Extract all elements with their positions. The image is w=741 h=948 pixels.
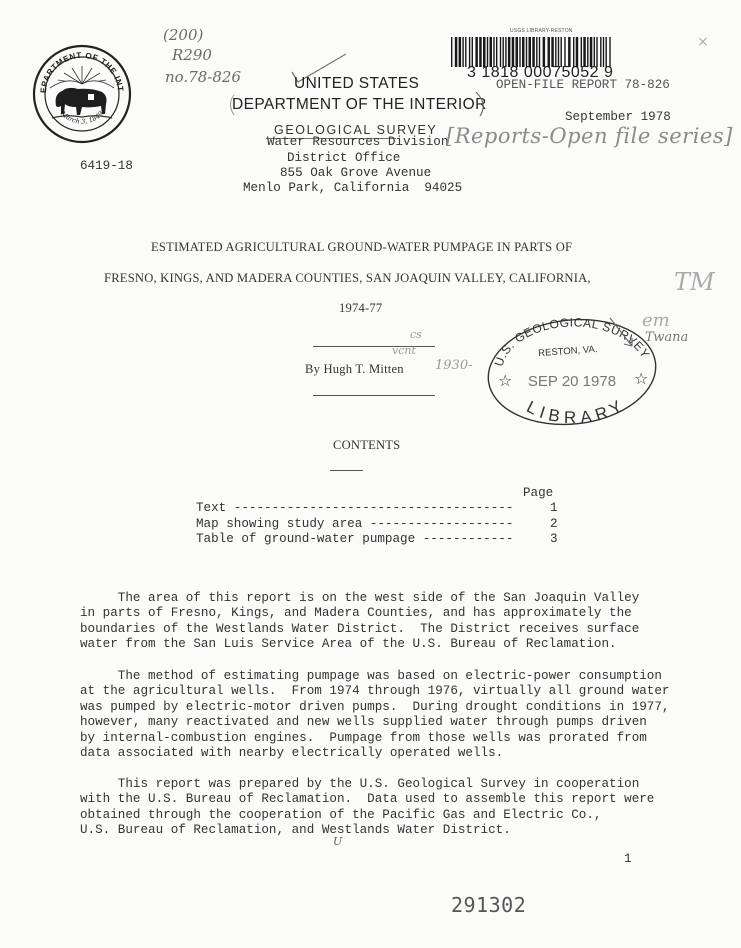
handwritten-arrow-icon — [608, 316, 638, 352]
toc-entry-label: Map showing study area -----------------… — [196, 517, 513, 533]
body-line: This report was prepared by the U.S. Geo… — [80, 777, 654, 792]
body-line: U.S. Bureau of Reclamation, and Westland… — [80, 823, 654, 838]
contents-heading: CONTENTS — [333, 438, 400, 453]
body-line: was pumped by electric-motor driven pump… — [80, 700, 669, 715]
body-paragraph-1: The area of this report is on the west s… — [80, 591, 639, 653]
report-title-line-3: 1974-77 — [339, 301, 382, 316]
agency-united-states: UNITED STATES — [294, 75, 419, 93]
report-number: OPEN-FILE REPORT 78-826 — [496, 78, 670, 94]
bison-seal-icon: U.S. DEPARTMENT OF THE INTERIOR March 3,… — [32, 44, 132, 144]
body-line: The method of estimating pumpage was bas… — [80, 669, 669, 684]
handwritten-tm: TM — [674, 268, 715, 296]
report-title-line-2: FRESNO, KINGS, AND MADERA COUNTIES, SAN … — [104, 271, 591, 286]
body-paragraph-2: The method of estimating pumpage was bas… — [80, 669, 669, 761]
office-name: District Office — [287, 151, 400, 167]
handwritten-cs: cs — [410, 328, 422, 341]
toc-entry-label: Text -----------------------------------… — [196, 501, 513, 517]
author-rule-bottom — [313, 395, 435, 396]
contents-rule — [330, 470, 363, 471]
doc-code: 6419-18 — [80, 159, 133, 175]
body-line: data associated with nearby electrically… — [80, 746, 669, 761]
handwritten-note-200: (200) — [163, 26, 203, 44]
handwritten-bracket-icon — [226, 92, 496, 118]
doi-seal: U.S. DEPARTMENT OF THE INTERIOR March 3,… — [32, 44, 132, 144]
author-name: By Hugh T. Mitten — [305, 362, 404, 377]
body-line: boundaries of the Westlands Water Distri… — [80, 622, 639, 637]
handwritten-series-note: [Reports-Open file series] — [446, 124, 733, 148]
toc-entry-page: 3 — [550, 532, 558, 548]
body-line: however, many reactivated and new wells … — [80, 715, 669, 730]
handwritten-note-report-no: no.78-826 — [165, 68, 241, 86]
page-number: 1 — [624, 852, 632, 868]
body-line: water from the San Luis Service Area of … — [80, 637, 639, 652]
body-line: in parts of Fresno, Kings, and Madera Co… — [80, 606, 639, 621]
toc-entry: Map showing study area -----------------… — [196, 517, 556, 533]
toc-entry-label: Table of ground-water pumpage ----------… — [196, 532, 513, 548]
handwritten-note-r290: R290 — [172, 46, 212, 64]
barcode-caption: USGS LIBRARY-RESTON — [510, 28, 573, 34]
table-of-contents: Text -----------------------------------… — [196, 501, 556, 548]
corner-mark: × — [697, 34, 709, 50]
author-rule-top — [313, 346, 435, 347]
office-street: 855 Oak Grove Avenue — [280, 166, 431, 182]
contents-page-label: Page — [523, 486, 553, 502]
body-line: by internal-combustion engines. Pumpage … — [80, 731, 669, 746]
svg-text:☆: ☆ — [498, 371, 512, 390]
body-line: with the U.S. Bureau of Reclamation. Dat… — [80, 792, 654, 807]
office-city: Menlo Park, California 94025 — [243, 181, 462, 197]
toc-entry: Table of ground-water pumpage ----------… — [196, 532, 556, 548]
body-line: at the agricultural wells. From 1974 thr… — [80, 684, 669, 699]
handwritten-author-dates: 1930- — [435, 358, 472, 373]
body-line: obtained through the cooperation of the … — [80, 808, 654, 823]
handwritten-vcnt: vcnt — [392, 344, 416, 357]
toc-entry-page: 1 — [550, 501, 558, 517]
svg-text:RESTON, VA.: RESTON, VA. — [538, 344, 598, 359]
report-title-line-1: ESTIMATED AGRICULTURAL GROUND-WATER PUMP… — [151, 240, 572, 255]
toc-entry-page: 2 — [550, 517, 558, 533]
body-paragraph-3: This report was prepared by the U.S. Geo… — [80, 777, 654, 839]
toc-entry: Text -----------------------------------… — [196, 501, 556, 517]
svg-text:SEP 20 1978: SEP 20 1978 — [528, 373, 616, 390]
body-line: The area of this report is on the west s… — [80, 591, 639, 606]
division-name: Water Resources Division — [267, 135, 448, 151]
stock-number: 291302 — [451, 893, 526, 917]
handwritten-mark: U — [333, 835, 342, 848]
svg-text:☆: ☆ — [634, 369, 648, 388]
